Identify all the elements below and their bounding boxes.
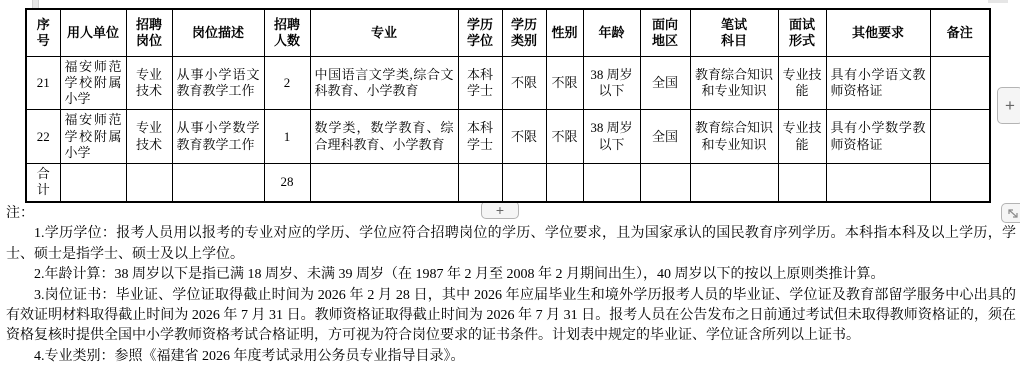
table-cell xyxy=(930,110,990,164)
note-paragraph: 4.专业类别：参照《福建省 2026 年度考试录用公务员专业指导目录》。 xyxy=(6,347,1016,367)
table-cell xyxy=(546,164,583,202)
add-row-button-right[interactable]: + xyxy=(997,87,1020,124)
table-cell: 全国 xyxy=(640,56,690,110)
recruitment-plan-table: 序 号用人单位招聘 岗位岗位描述招聘 人数专业学历 学位学历 类别性别年龄面向 … xyxy=(25,8,991,203)
recruitment-plan-table-wrap: 序 号用人单位招聘 岗位岗位描述招聘 人数专业学历 学位学历 类别性别年龄面向 … xyxy=(25,8,991,203)
table-cell: 教育综合知识和专业知识 xyxy=(690,110,778,164)
table-cell xyxy=(690,164,778,202)
note-paragraph: 3.岗位证书：毕业证、学位证取得截止时间为 2026 年 2 月 28 日，其中… xyxy=(6,286,1016,347)
table-cell: 福安师范学校附属小学 xyxy=(60,56,126,110)
table-cell: 本科学士 xyxy=(458,110,502,164)
table-cell xyxy=(930,164,990,202)
notes-section: 注： 1.学历学位：报考人员用以报考的专业对应的学历、学位应符合招聘岗位的学历、… xyxy=(6,204,1016,367)
table-cell: 具有小学语文教师资格证 xyxy=(826,56,930,110)
table-cell: 不限 xyxy=(502,56,546,110)
table-row: 21福安师范学校附属小学专业技术从事小学语文教育教学工作2中国语言文学类,综合文… xyxy=(26,56,990,110)
table-cell: 具有小学数学教师资格证 xyxy=(826,110,930,164)
table-header-row: 序 号用人单位招聘 岗位岗位描述招聘 人数专业学历 学位学历 类别性别年龄面向 … xyxy=(26,9,990,56)
table-cell: 专业技术 xyxy=(126,110,172,164)
table-cell: 从事小学语文教育教学工作 xyxy=(172,56,264,110)
table-cell: 福安师范学校附属小学 xyxy=(60,110,126,164)
column-header: 招聘 人数 xyxy=(264,9,310,56)
column-header: 备注 xyxy=(930,9,990,56)
column-header: 学历 学位 xyxy=(458,9,502,56)
table-cell xyxy=(502,164,546,202)
table-body: 21福安师范学校附属小学专业技术从事小学语文教育教学工作2中国语言文学类,综合文… xyxy=(26,56,990,202)
table-cell xyxy=(826,164,930,202)
notes-label: 注： xyxy=(6,204,1016,224)
table-cell xyxy=(126,164,172,202)
column-header: 性别 xyxy=(546,9,583,56)
table-cell xyxy=(778,164,826,202)
table-cell: 1 xyxy=(264,110,310,164)
table-cell: 教育综合知识和专业知识 xyxy=(690,56,778,110)
table-cell: 38 周岁以下 xyxy=(583,56,640,110)
table-cell: 28 xyxy=(264,164,310,202)
table-cell xyxy=(930,56,990,110)
table-cell: 数学类，数学教育、综合理科教育、小学教育 xyxy=(310,110,458,164)
table-cell: 21 xyxy=(26,56,60,110)
table-cell xyxy=(583,164,640,202)
column-header: 面向 地区 xyxy=(640,9,690,56)
table-cell: 22 xyxy=(26,110,60,164)
column-header: 岗位描述 xyxy=(172,9,264,56)
notes-list: 1.学历学位：报考人员用以报考的专业对应的学历、学位应符合招聘岗位的学历、学位要… xyxy=(6,224,1016,367)
table-cell: 合计 xyxy=(26,164,60,202)
diagonal-resize-icon xyxy=(1006,207,1020,220)
column-header: 专业 xyxy=(310,9,458,56)
table-cell: 不限 xyxy=(546,56,583,110)
table-cell: 专业技术 xyxy=(126,56,172,110)
column-header: 年龄 xyxy=(583,9,640,56)
column-header: 用人单位 xyxy=(60,9,126,56)
column-header: 招聘 岗位 xyxy=(126,9,172,56)
table-cell: 专业技能 xyxy=(778,56,826,110)
table-cell: 不限 xyxy=(546,110,583,164)
column-header: 序 号 xyxy=(26,9,60,56)
table-cell: 中国语言文学类,综合文科教育、小学教育 xyxy=(310,56,458,110)
table-cell: 2 xyxy=(264,56,310,110)
table-cell xyxy=(310,164,458,202)
column-header: 笔试 科目 xyxy=(690,9,778,56)
note-paragraph: 2.年龄计算：38 周岁以下是指已满 18 周岁、未满 39 周岁（在 1987… xyxy=(6,265,1016,285)
table-cell: 不限 xyxy=(502,110,546,164)
table-cell xyxy=(458,164,502,202)
table-cell xyxy=(640,164,690,202)
table-cell: 本科学士 xyxy=(458,56,502,110)
table-cell: 38 周岁以下 xyxy=(583,110,640,164)
note-paragraph: 1.学历学位：报考人员用以报考的专业对应的学历、学位应符合招聘岗位的学历、学位要… xyxy=(6,224,1016,265)
column-header: 其他要求 xyxy=(826,9,930,56)
table-cell: 从事小学数学教育教学工作 xyxy=(172,110,264,164)
table-row: 合计28 xyxy=(26,164,990,202)
column-header: 面试 形式 xyxy=(778,9,826,56)
table-cell xyxy=(60,164,126,202)
table-cell: 全国 xyxy=(640,110,690,164)
column-header: 学历 类别 xyxy=(502,9,546,56)
table-cell xyxy=(172,164,264,202)
resize-handle-button[interactable] xyxy=(1001,203,1020,223)
table-row: 22福安师范学校附属小学专业技术从事小学数学教育教学工作1数学类，数学教育、综合… xyxy=(26,110,990,164)
top-right-control-fragment xyxy=(988,0,1008,3)
table-cell: 专业技能 xyxy=(778,110,826,164)
